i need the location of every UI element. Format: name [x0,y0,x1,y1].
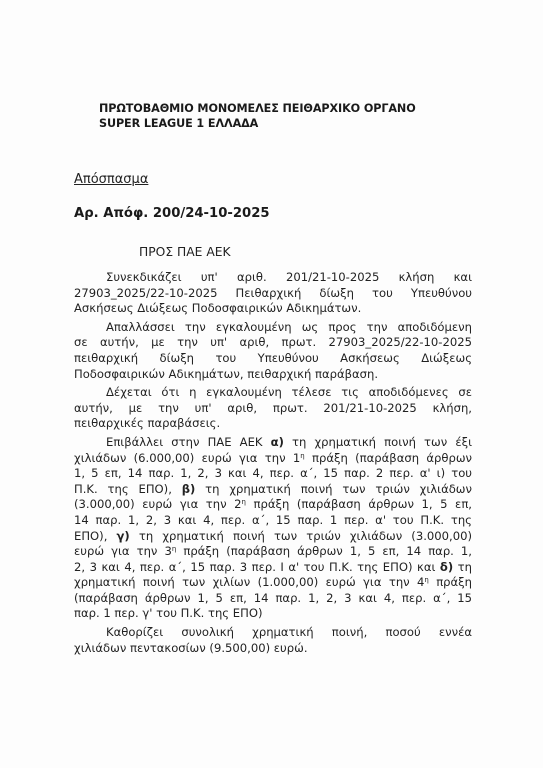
paragraph: Επιβάλλει στην ΠΑΕ ΑΕΚ α) τη χρηματική π… [74,435,472,622]
text-line: Ασκήσεως Διώξεως Ποδοσφαιρικών Αδικημάτω… [74,301,472,317]
text-line: χιλιάδων πεντακοσίων (9.500,00) ευρώ. [74,641,472,657]
text-run: τη χρηματική ποινή των τριών χιλιάδων (3… [130,529,472,543]
text-run: χιλιάδων (6.000,00) ευρώ για την 1 [74,451,300,465]
text-line: Ποδοσφαιρικών Αδικημάτων, πειθαρχική παρ… [74,367,472,383]
item-marker: δ) [440,560,453,574]
text-run: πράξη (παράβαση άρθρων 1, 5 επ, [246,497,472,511]
text-line: ευρώ για την 3η πράξη (παράβαση άρθρων 1… [74,544,472,560]
header-line-1: ΠΡΩΤΟΒΑΘΜΙΟ ΜΟΝΟΜΕΛΕΣ ΠΕΙΘΑΡΧΙΚΟ ΟΡΓΑΝΟ [99,101,416,116]
text-run: Επιβάλλει στην ΠΑΕ ΑΕΚ [106,435,271,449]
item-marker: γ) [117,529,130,543]
extract-label: Απόσπασμα [74,172,148,187]
header-line-2: SUPER LEAGUE 1 ΕΛΛΑΔΑ [99,116,416,131]
text-line: Π.Κ. της ΕΠΟ), β) τη χρηματική ποινή των… [74,482,472,498]
text-line: Δέχεται ότι η εγκαλουμένη τέλεσε τις απο… [74,385,472,401]
text-run: πράξη (παράβαση άρθρων 1, 5 επ, 14 παρ. … [176,544,472,558]
text-run: χιλιάδων πεντακοσίων (9.500,00) ευρώ. [74,641,308,655]
text-run: ευρώ για την 3 [74,544,172,558]
paragraph: Απαλλάσσει την εγκαλουμένη ως προς την α… [74,320,472,382]
text-run: χρηματική ποινή των χιλίων (1.000,00) ευ… [74,575,424,589]
text-line: (παράβαση άρθρων 1, 5 επ, 14 παρ. 1, 2, … [74,591,472,607]
paragraph: Δέχεται ότι η εγκαλουμένη τέλεσε τις απο… [74,385,472,432]
text-line: Απαλλάσσει την εγκαλουμένη ως προς την α… [74,320,472,336]
text-run: πειθαρχική δίωξη του Υπευθύνου Ασκήσεως … [74,351,472,365]
text-line: χιλιάδων (6.000,00) ευρώ για την 1η πράξ… [74,451,472,467]
text-line: Επιβάλλει στην ΠΑΕ ΑΕΚ α) τη χρηματική π… [74,435,472,451]
text-run: (3.000,00) ευρώ για την 2 [74,497,242,511]
text-line: παρ. 1 περ. γ' του Π.Κ. της ΕΠΟ) [74,606,472,622]
text-run: τη χρηματική ποινή των έξι [284,435,472,449]
text-line: Καθορίζει συνολική χρηματική ποινή, ποσο… [74,625,472,641]
text-run: τη χρηματική ποινή των τριών χιλιάδων [195,482,472,496]
text-run: Ποδοσφαιρικών Αδικημάτων, πειθαρχική παρ… [74,367,378,381]
decision-body: Συνεκδικάζει υπ' αριθ. 201/21-10-2025 κλ… [74,270,472,656]
text-line: (3.000,00) ευρώ για την 2η πράξη (παράβα… [74,497,472,513]
issuing-body-header: ΠΡΩΤΟΒΑΘΜΙΟ ΜΟΝΟΜΕΛΕΣ ΠΕΙΘΑΡΧΙΚΟ ΟΡΓΑΝΟ … [99,101,416,131]
text-line: πειθαρχικές παραβάσεις. [74,416,472,432]
text-run: 1, 5 επ, 14 παρ. 1, 2, 3 και 4, περ. α΄,… [74,466,472,480]
text-run: αυτήν, με την υπ' αριθ, πρωτ. 201/21-10-… [74,401,472,415]
text-run: σε αυτήν, με την υπ' αριθ, πρωτ. 27903_2… [74,335,472,349]
text-line: 2, 3 και 4, περ. α΄, 15 παρ. 3 περ. Ι α'… [74,560,472,576]
text-run: πράξη [429,575,472,589]
text-line: 27903_2025/22-10-2025 Πειθαρχική δίωξη τ… [74,286,472,302]
text-run: Απαλλάσσει την εγκαλουμένη ως προς την α… [106,320,472,334]
text-run: (παράβαση άρθρων 1, 5 επ, 14 παρ. 1, 2, … [74,591,472,605]
text-run: τη [453,560,472,574]
text-run: ΕΠΟ), [74,529,117,543]
text-run: Συνεκδικάζει υπ' αριθ. 201/21-10-2025 κλ… [106,270,472,284]
text-run: πράξη (παράβαση άρθρων [305,451,472,465]
text-run: Δέχεται ότι η εγκαλουμένη τέλεσε τις απο… [106,385,472,399]
text-run: Ασκήσεως Διώξεως Ποδοσφαιρικών Αδικημάτω… [74,301,361,315]
text-run: Π.Κ. της ΕΠΟ), [74,482,182,496]
text-line: 14 παρ. 1, 2, 3 και 4, περ. α΄, 15 παρ. … [74,513,472,529]
text-run: πειθαρχικές παραβάσεις. [74,416,220,430]
text-run: 14 παρ. 1, 2, 3 και 4, περ. α΄, 15 παρ. … [74,513,472,527]
text-line: ΕΠΟ), γ) τη χρηματική ποινή των τριών χι… [74,529,472,545]
addressee: ΠΡΟΣ ΠΑΕ ΑΕΚ [139,245,231,259]
paragraph: Συνεκδικάζει υπ' αριθ. 201/21-10-2025 κλ… [74,270,472,317]
item-marker: β) [182,482,196,496]
text-line: χρηματική ποινή των χιλίων (1.000,00) ευ… [74,575,472,591]
text-run: 27903_2025/22-10-2025 Πειθαρχική δίωξη τ… [74,286,472,300]
text-run: Καθορίζει συνολική χρηματική ποινή, ποσο… [106,625,472,639]
text-line: πειθαρχική δίωξη του Υπευθύνου Ασκήσεως … [74,351,472,367]
text-run: παρ. 1 περ. γ' του Π.Κ. της ΕΠΟ) [74,606,262,620]
item-marker: α) [271,435,284,449]
text-line: αυτήν, με την υπ' αριθ, πρωτ. 201/21-10-… [74,401,472,417]
text-line: 1, 5 επ, 14 παρ. 1, 2, 3 και 4, περ. α΄,… [74,466,472,482]
paragraph: Καθορίζει συνολική χρηματική ποινή, ποσο… [74,625,472,656]
decision-number: Αρ. Απόφ. 200/24-10-2025 [74,206,270,221]
text-run: 2, 3 και 4, περ. α΄, 15 παρ. 3 περ. Ι α'… [74,560,440,574]
text-line: σε αυτήν, με την υπ' αριθ, πρωτ. 27903_2… [74,335,472,351]
text-line: Συνεκδικάζει υπ' αριθ. 201/21-10-2025 κλ… [74,270,472,286]
